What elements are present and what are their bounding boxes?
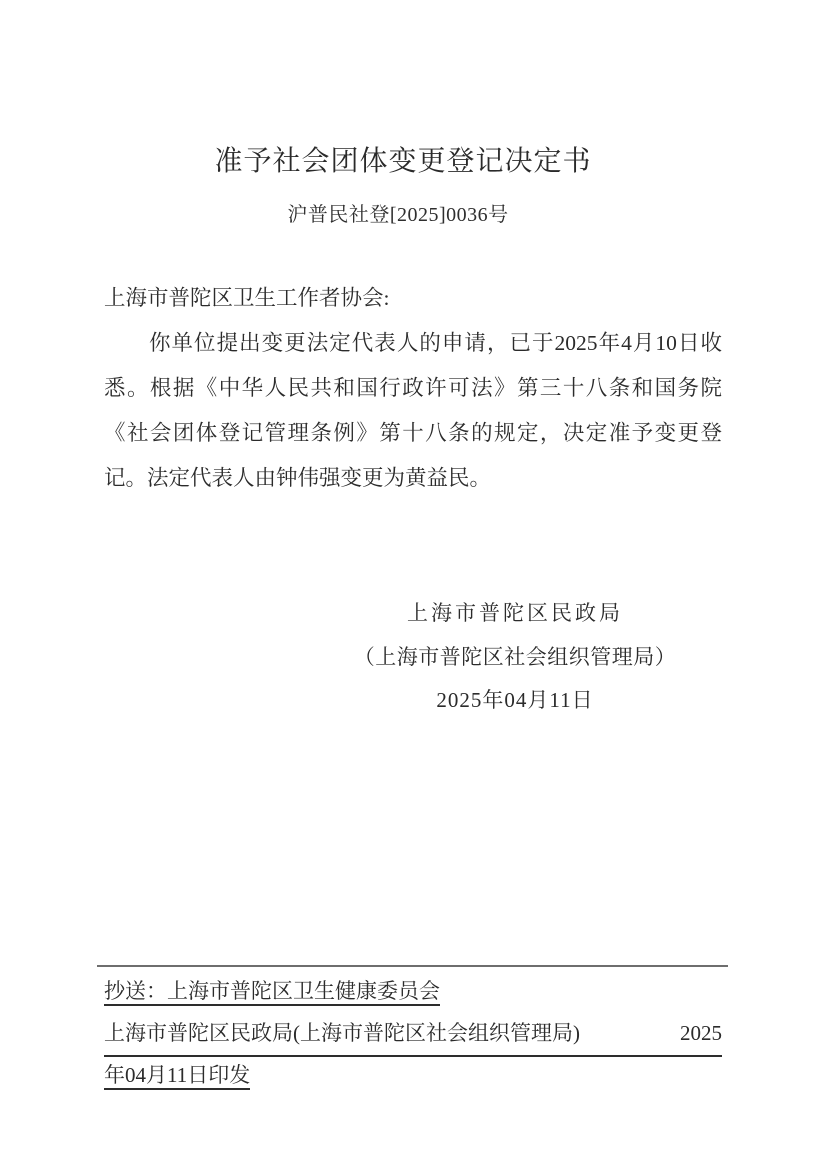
signature-block: 上海市普陀区民政局 （上海市普陀区社会组织管理局） 2025年04月11日 bbox=[310, 592, 720, 723]
footer-issuer-row: 上海市普陀区民政局(上海市普陀区社会组织管理局) 2025 bbox=[104, 1012, 722, 1054]
body-text-line: 你单位提出变更法定代表人的申请，已于2025年4月10日收 bbox=[104, 321, 722, 366]
footer-divider-line bbox=[97, 965, 728, 967]
scanned-document-page: 准予社会团体变更登记决定书 沪普民社登[2025]0036号 上海市普陀区卫生工… bbox=[0, 0, 826, 1168]
footer-issuer-text: 上海市普陀区民政局(上海市普陀区社会组织管理局) bbox=[104, 1012, 580, 1054]
body-text-line: 记。法定代表人由钟伟强变更为黄益民。 bbox=[104, 456, 722, 501]
salutation-line: 上海市普陀区卫生工作者协会: bbox=[104, 276, 722, 321]
footer-cc-row: 抄送：上海市普陀区卫生健康委员会 bbox=[104, 970, 722, 1012]
signature-org-alias: （上海市普陀区社会组织管理局） bbox=[310, 636, 720, 680]
body-text-line: 《社会团体登记管理条例》第十八条的规定，决定准予变更登 bbox=[104, 411, 722, 456]
document-title: 准予社会团体变更登记决定书 bbox=[0, 139, 806, 179]
document-footer: 抄送：上海市普陀区卫生健康委员会 上海市普陀区民政局(上海市普陀区社会组织管理局… bbox=[104, 970, 722, 1096]
document-number: 沪普民社登[2025]0036号 bbox=[0, 198, 796, 227]
footer-print-date-text: 年04月11日印发 bbox=[104, 1063, 250, 1090]
signature-date: 2025年04月11日 bbox=[310, 679, 720, 723]
document-body: 上海市普陀区卫生工作者协会: 你单位提出变更法定代表人的申请，已于2025年4月… bbox=[104, 276, 722, 501]
footer-print-date-row: 年04月11日印发 bbox=[104, 1054, 722, 1096]
signature-issuing-org: 上海市普陀区民政局 bbox=[310, 592, 720, 636]
body-text-line: 悉。根据《中华人民共和国行政许可法》第三十八条和国务院 bbox=[104, 366, 722, 411]
footer-cc-text: 抄送：上海市普陀区卫生健康委员会 bbox=[104, 979, 440, 1006]
footer-print-year: 2025 bbox=[680, 1012, 722, 1054]
footer-issuer-underline: 上海市普陀区民政局(上海市普陀区社会组织管理局) 2025 bbox=[104, 1012, 722, 1057]
